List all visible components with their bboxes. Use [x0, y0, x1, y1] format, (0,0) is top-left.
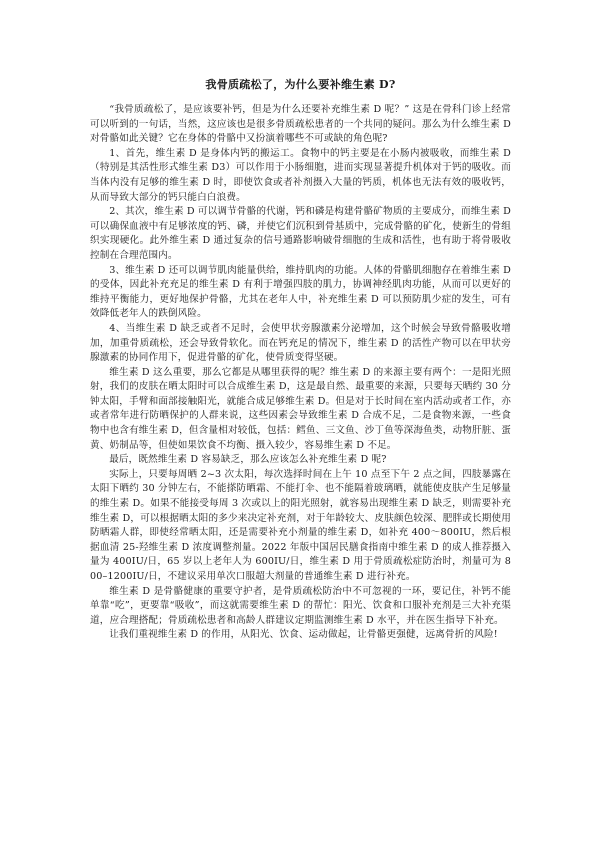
paragraph-point-4: 4、当维生素 D 缺乏或者不足时，会使甲状旁腺激素分泌增加，这个时候会导致骨骼吸… — [90, 322, 511, 366]
paragraph-summary: 维生素 D 是骨骼健康的重要守护者，是骨质疏松防治中不可忽视的一环，要记住，补钙… — [90, 585, 511, 629]
paragraph-closing: 让我们重视维生素 D 的作用，从阳光、饮食、运动做起，让骨骼更强健，远离骨折的风… — [90, 628, 511, 643]
paragraph-intro: “我骨质疏松了，是应该要补钙，但是为什么还要补充维生素 D 呢？” 这是在骨科门… — [90, 103, 511, 147]
paragraph-point-1: 1、首先，维生素 D 是身体内钙的搬运工。食物中的钙主要是在小肠内被吸收，而维生… — [90, 147, 511, 205]
document-page: 我骨质疏松了，为什么要补维生素 D? “我骨质疏松了，是应该要补钙，但是为什么还… — [90, 77, 511, 643]
paragraph-point-3: 3、维生素 D 还可以调节肌肉能量供给，维持肌肉的功能。人体的骨骼肌细胞存在着维… — [90, 264, 511, 322]
paragraph-point-2: 2、其次，维生素 D 可以调节骨骼的代谢，钙和磷是构建骨骼矿物质的主要成分，而维… — [90, 205, 511, 263]
paragraph-sources: 维生素 D 这么重要，那么它都是从哪里获得的呢？维生素 D 的来源主要有两个：一… — [90, 366, 511, 454]
paragraph-question: 最后，既然维生素 D 容易缺乏，那么应该怎么补充维生素 D 呢? — [90, 453, 511, 468]
document-title: 我骨质疏松了，为什么要补维生素 D? — [90, 77, 511, 93]
paragraph-supplement: 实际上，只要每周晒 2~3 次太阳，每次选择时间在上午 10 点至下午 2 点之… — [90, 468, 511, 585]
